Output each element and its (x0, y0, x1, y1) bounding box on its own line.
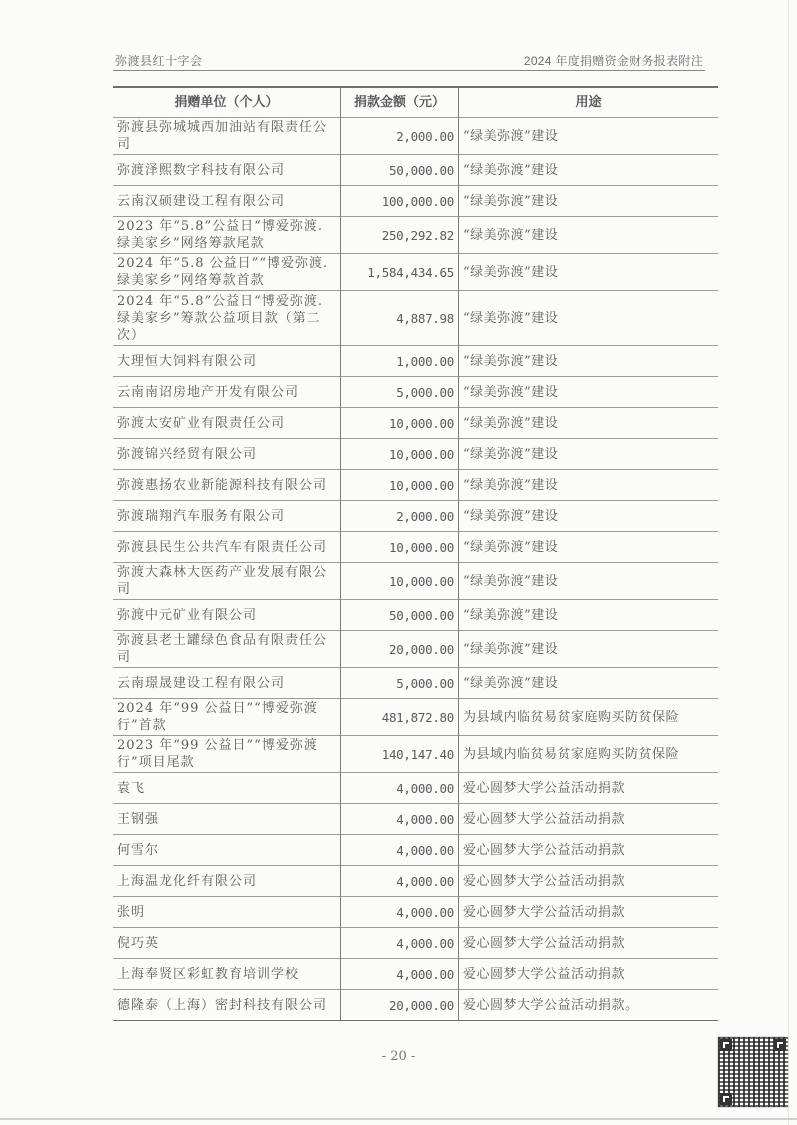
donor-cell: 2024 年“99 公益日”“博爱弥渡行”首款 (113, 699, 341, 736)
amount-cell: 4,000.00 (341, 959, 459, 990)
donor-cell: 弥渡县民生公共汽车有限责任公司 (113, 532, 341, 563)
donor-cell: 2024 年“5.8 公益日”“博爱弥渡.绿美家乡”网络筹款首款 (113, 254, 341, 291)
amount-cell: 250,292.82 (341, 217, 459, 254)
amount-cell: 4,000.00 (341, 835, 459, 866)
donor-cell: 弥渡锦兴经贸有限公司 (113, 439, 341, 470)
table-row: 弥渡中元矿业有限公司 50,000.00 “绿美弥渡”建设 (113, 600, 718, 631)
purpose-cell: “绿美弥渡”建设 (459, 254, 719, 291)
purpose-cell: “绿美弥渡”建设 (459, 631, 719, 668)
donor-cell: 弥渡县老土罐绿色食品有限责任公司 (113, 631, 341, 668)
table-row: 2024 年“99 公益日”“博爱弥渡行”首款 481,872.80 为县域内临… (113, 699, 718, 736)
purpose-cell: “绿美弥渡”建设 (459, 408, 719, 439)
donor-cell: 弥渡惠扬农业新能源科技有限公司 (113, 470, 341, 501)
page-number: - 20 - (0, 1049, 797, 1064)
qr-finder-pattern-icon (774, 1039, 786, 1051)
donor-cell: 上海奉贤区彩虹教育培训学校 (113, 959, 341, 990)
amount-cell: 10,000.00 (341, 532, 459, 563)
donor-cell: 大理恒大饲料有限公司 (113, 346, 341, 377)
qr-finder-pattern-icon (720, 1039, 732, 1051)
header-report-title: 2024 年度捐赠资金财务报表附注 (524, 52, 703, 69)
purpose-cell: 爱心圆梦大学公益活动捐款 (459, 773, 719, 804)
donor-cell: 弥渡太安矿业有限责任公司 (113, 408, 341, 439)
purpose-cell: “绿美弥渡”建设 (459, 155, 719, 186)
table-row: 2024 年“5.8 公益日”“博爱弥渡.绿美家乡”网络筹款首款 1,584,4… (113, 254, 718, 291)
amount-cell: 100,000.00 (341, 186, 459, 217)
purpose-cell: 爱心圆梦大学公益活动捐款 (459, 835, 719, 866)
amount-cell: 481,872.80 (341, 699, 459, 736)
amount-cell: 4,000.00 (341, 866, 459, 897)
table-row: 弥渡惠扬农业新能源科技有限公司 10,000.00 “绿美弥渡”建设 (113, 470, 718, 501)
purpose-cell: “绿美弥渡”建设 (459, 668, 719, 699)
purpose-cell: “绿美弥渡”建设 (459, 532, 719, 563)
purpose-cell: 爱心圆梦大学公益活动捐款 (459, 804, 719, 835)
purpose-cell: “绿美弥渡”建设 (459, 118, 719, 155)
donor-cell: 上海温龙化纤有限公司 (113, 866, 341, 897)
purpose-cell: “绿美弥渡”建设 (459, 600, 719, 631)
table-row: 弥渡县弥城城西加油站有限责任公司 2,000.00 “绿美弥渡”建设 (113, 118, 718, 155)
table-row: 弥渡泽熙数字科技有限公司 50,000.00 “绿美弥渡”建设 (113, 155, 718, 186)
table-row: 弥渡县老土罐绿色食品有限责任公司 20,000.00 “绿美弥渡”建设 (113, 631, 718, 668)
purpose-cell: “绿美弥渡”建设 (459, 501, 719, 532)
purpose-cell: 爱心圆梦大学公益活动捐款 (459, 959, 719, 990)
amount-cell: 4,000.00 (341, 928, 459, 959)
table-row: 云南南诏房地产开发有限公司 5,000.00 “绿美弥渡”建设 (113, 377, 718, 408)
table-row: 2023 年“99 公益日”“博爱弥渡行”项目尾款 140,147.40 为县域… (113, 736, 718, 773)
purpose-cell: “绿美弥渡”建设 (459, 186, 719, 217)
table-row: 上海温龙化纤有限公司 4,000.00 爱心圆梦大学公益活动捐款 (113, 866, 718, 897)
amount-cell: 10,000.00 (341, 470, 459, 501)
table-row: 2023 年“5.8”公益日“博爱弥渡.绿美家乡”网络筹款尾款 250,292.… (113, 217, 718, 254)
amount-cell: 20,000.00 (341, 990, 459, 1021)
table-row: 王钢强 4,000.00 爱心圆梦大学公益活动捐款 (113, 804, 718, 835)
amount-cell: 1,584,434.65 (341, 254, 459, 291)
page-header: 弥渡县红十字会 2024 年度捐赠资金财务报表附注 (113, 50, 705, 71)
donor-cell: 弥渡瑞翔汽车服务有限公司 (113, 501, 341, 532)
donor-cell: 2023 年“5.8”公益日“博爱弥渡.绿美家乡”网络筹款尾款 (113, 217, 341, 254)
amount-cell: 20,000.00 (341, 631, 459, 668)
table-row: 弥渡瑞翔汽车服务有限公司 2,000.00 “绿美弥渡”建设 (113, 501, 718, 532)
table-row: 大理恒大饲料有限公司 1,000.00 “绿美弥渡”建设 (113, 346, 718, 377)
amount-cell: 5,000.00 (341, 668, 459, 699)
table-row: 云南汉硕建设工程有限公司 100,000.00 “绿美弥渡”建设 (113, 186, 718, 217)
amount-cell: 2,000.00 (341, 501, 459, 532)
table-row: 袁飞 4,000.00 爱心圆梦大学公益活动捐款 (113, 773, 718, 804)
purpose-cell: “绿美弥渡”建设 (459, 217, 719, 254)
table-row: 弥渡太安矿业有限责任公司 10,000.00 “绿美弥渡”建设 (113, 408, 718, 439)
amount-cell: 10,000.00 (341, 439, 459, 470)
donor-cell: 张明 (113, 897, 341, 928)
donor-cell: 王钢强 (113, 804, 341, 835)
table-row: 何雪尔 4,000.00 爱心圆梦大学公益活动捐款 (113, 835, 718, 866)
amount-cell: 4,000.00 (341, 804, 459, 835)
purpose-cell: “绿美弥渡”建设 (459, 563, 719, 600)
donor-cell: 弥渡中元矿业有限公司 (113, 600, 341, 631)
amount-cell: 10,000.00 (341, 563, 459, 600)
table-header-row: 捐赠单位（个人） 捐款金额（元） 用途 (113, 87, 718, 118)
amount-cell: 50,000.00 (341, 600, 459, 631)
purpose-cell: 爱心圆梦大学公益活动捐款。 (459, 990, 719, 1021)
column-header-amount: 捐款金额（元） (341, 87, 459, 118)
donor-cell: 弥渡泽熙数字科技有限公司 (113, 155, 341, 186)
table-row: 弥渡大森林大医药产业发展有限公司 10,000.00 “绿美弥渡”建设 (113, 563, 718, 600)
table-row: 弥渡锦兴经贸有限公司 10,000.00 “绿美弥渡”建设 (113, 439, 718, 470)
donor-cell: 袁飞 (113, 773, 341, 804)
donor-cell: 何雪尔 (113, 835, 341, 866)
donations-table: 捐赠单位（个人） 捐款金额（元） 用途 弥渡县弥城城西加油站有限责任公司 2,0… (113, 86, 718, 1021)
qr-code-icon (717, 1036, 789, 1108)
donor-cell: 弥渡大森林大医药产业发展有限公司 (113, 563, 341, 600)
page-bottom-edge (0, 1118, 797, 1120)
donor-cell: 倪巧英 (113, 928, 341, 959)
column-header-purpose: 用途 (459, 87, 719, 118)
donor-cell: 云南南诏房地产开发有限公司 (113, 377, 341, 408)
amount-cell: 4,000.00 (341, 773, 459, 804)
table-row: 云南璟晟建设工程有限公司 5,000.00 “绿美弥渡”建设 (113, 668, 718, 699)
table-row: 倪巧英 4,000.00 爱心圆梦大学公益活动捐款 (113, 928, 718, 959)
page-edge (788, 0, 789, 1125)
amount-cell: 140,147.40 (341, 736, 459, 773)
table-row: 张明 4,000.00 爱心圆梦大学公益活动捐款 (113, 897, 718, 928)
purpose-cell: “绿美弥渡”建设 (459, 439, 719, 470)
purpose-cell: 为县域内临贫易贫家庭购买防贫保险 (459, 699, 719, 736)
amount-cell: 2,000.00 (341, 118, 459, 155)
qr-finder-pattern-icon (720, 1093, 732, 1105)
column-header-donor: 捐赠单位（个人） (113, 87, 341, 118)
purpose-cell: “绿美弥渡”建设 (459, 470, 719, 501)
purpose-cell: “绿美弥渡”建设 (459, 346, 719, 377)
donor-cell: 德隆泰（上海）密封科技有限公司 (113, 990, 341, 1021)
donor-cell: 2023 年“99 公益日”“博爱弥渡行”项目尾款 (113, 736, 341, 773)
amount-cell: 1,000.00 (341, 346, 459, 377)
donor-cell: 弥渡县弥城城西加油站有限责任公司 (113, 118, 341, 155)
purpose-cell: 为县域内临贫易贫家庭购买防贫保险 (459, 736, 719, 773)
donor-cell: 2024 年“5.8”公益日“博爱弥渡.绿美家乡”筹款公益项目款（第二次） (113, 291, 341, 346)
purpose-cell: 爱心圆梦大学公益活动捐款 (459, 866, 719, 897)
table-row: 2024 年“5.8”公益日“博爱弥渡.绿美家乡”筹款公益项目款（第二次） 4,… (113, 291, 718, 346)
purpose-cell: “绿美弥渡”建设 (459, 377, 719, 408)
donor-cell: 云南璟晟建设工程有限公司 (113, 668, 341, 699)
amount-cell: 10,000.00 (341, 408, 459, 439)
purpose-cell: 爱心圆梦大学公益活动捐款 (459, 897, 719, 928)
amount-cell: 50,000.00 (341, 155, 459, 186)
table-row: 德隆泰（上海）密封科技有限公司 20,000.00 爱心圆梦大学公益活动捐款。 (113, 990, 718, 1021)
amount-cell: 4,000.00 (341, 897, 459, 928)
amount-cell: 5,000.00 (341, 377, 459, 408)
table-row: 弥渡县民生公共汽车有限责任公司 10,000.00 “绿美弥渡”建设 (113, 532, 718, 563)
table-row: 上海奉贤区彩虹教育培训学校 4,000.00 爱心圆梦大学公益活动捐款 (113, 959, 718, 990)
donor-cell: 云南汉硕建设工程有限公司 (113, 186, 341, 217)
header-organization: 弥渡县红十字会 (115, 52, 203, 69)
purpose-cell: 爱心圆梦大学公益活动捐款 (459, 928, 719, 959)
purpose-cell: “绿美弥渡”建设 (459, 291, 719, 346)
amount-cell: 4,887.98 (341, 291, 459, 346)
